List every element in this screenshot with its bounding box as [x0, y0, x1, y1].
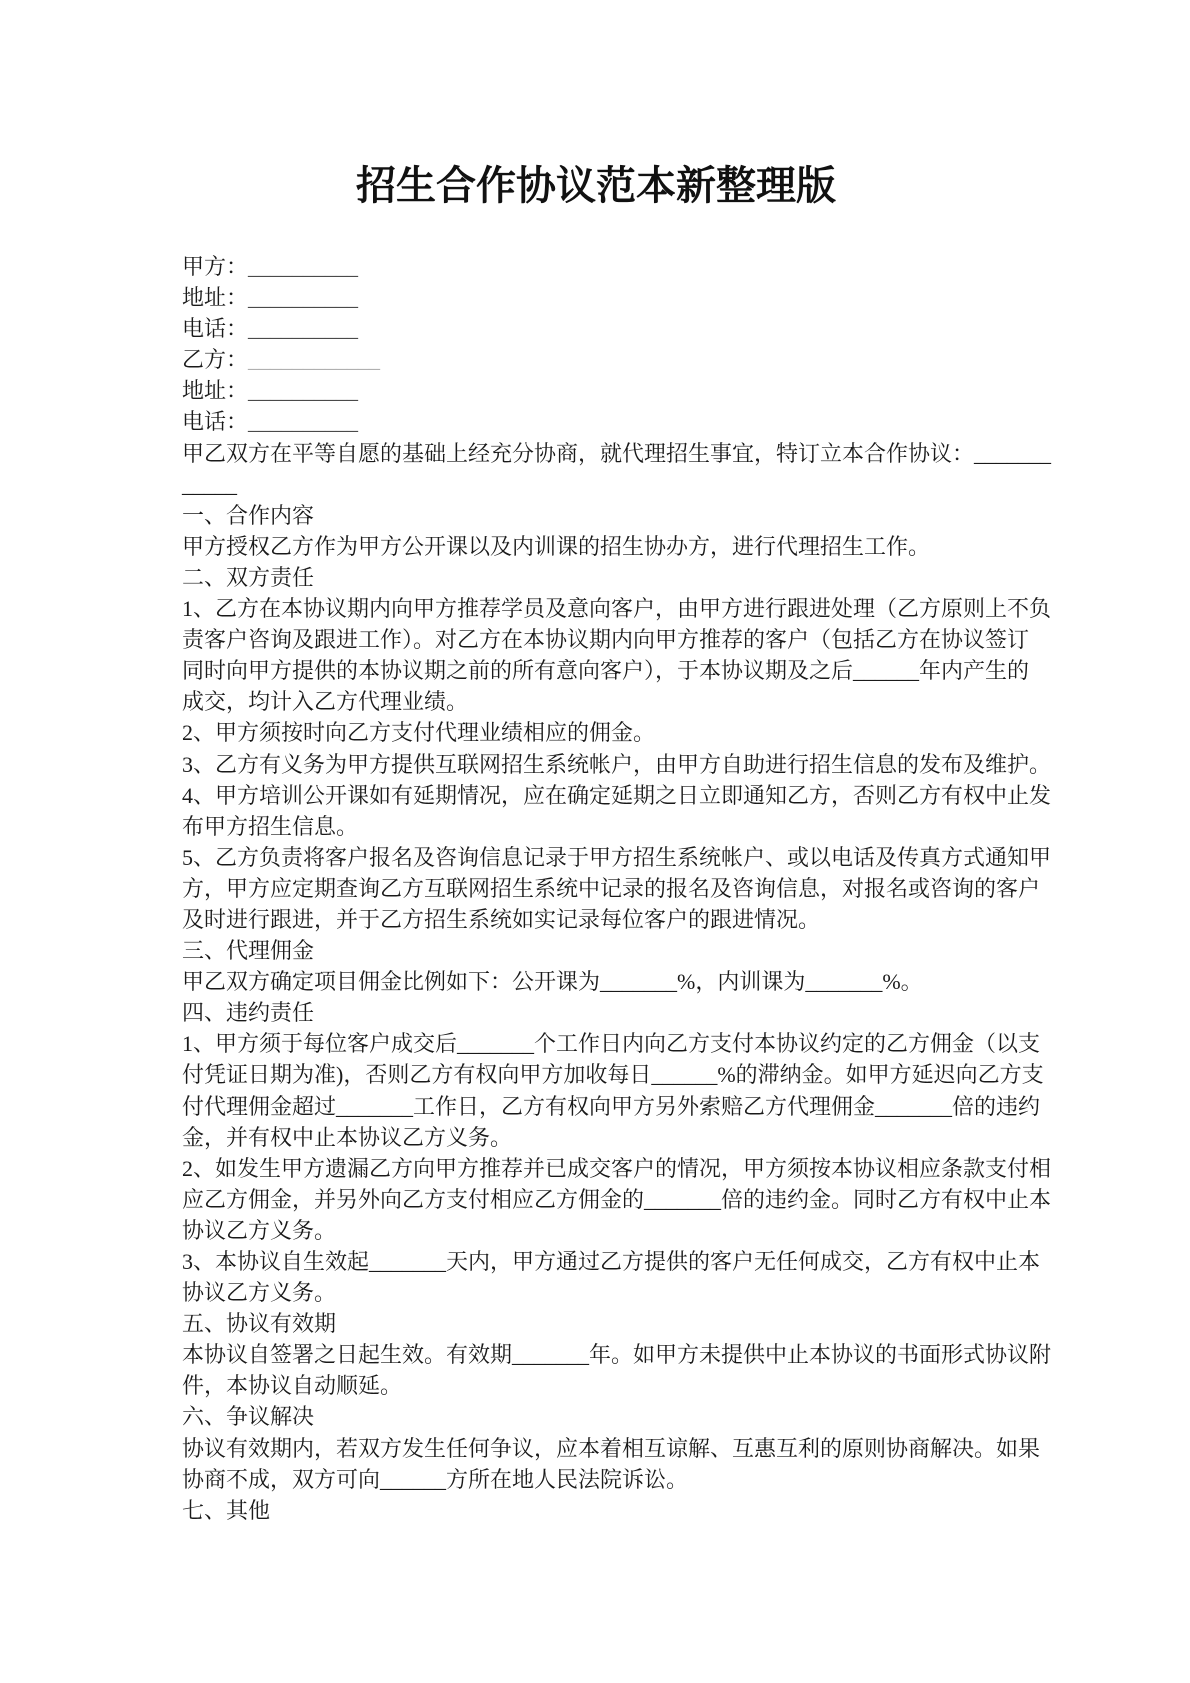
text-line: 1、甲方须于每位客户成交后_______个工作日内向乙方支付本协议约定的乙方佣金… [182, 1028, 1020, 1059]
text-line: 3、本协议自生效起_______天内，甲方通过乙方提供的客户无任何成交，乙方有权… [182, 1246, 1020, 1277]
section-heading: 三、代理佣金 [182, 935, 1020, 966]
document-page: 招生合作协议范本新整理版 甲方：__________地址：__________电… [0, 0, 1190, 1683]
text-line: 付凭证日期为准)，否则乙方有权向甲方加收每日______%的滞纳金。如甲方延迟向… [182, 1059, 1020, 1090]
field-label: 地址： [182, 378, 248, 403]
field-blank: __________ [248, 378, 358, 403]
section-heading: 一、合作内容 [182, 500, 1020, 531]
field-row: 电话：__________ [182, 313, 1020, 344]
section-heading: 六、争议解决 [182, 1401, 1020, 1432]
text-line: 2、如发生甲方遗漏乙方向甲方推荐并已成交客户的情况，甲方须按本协议相应条款支付相 [182, 1153, 1020, 1184]
text-line: 同时向甲方提供的本协议期之前的所有意向客户），于本协议期及之后______年内产… [182, 655, 1020, 686]
field-label: 乙方： [182, 347, 248, 372]
text-line: 布甲方招生信息。 [182, 811, 1020, 842]
field-row: 地址：__________ [182, 375, 1020, 406]
section-heading: 七、其他 [182, 1495, 1020, 1526]
text-line: 协商不成，双方可向______方所在地人民法院诉讼。 [182, 1464, 1020, 1495]
text-line: 1、乙方在本协议期内向甲方推荐学员及意向客户，由甲方进行跟进处理（乙方原则上不负 [182, 593, 1020, 624]
text-line: 5、乙方负责将客户报名及咨询信息记录于甲方招生系统帐户、或以电话及传真方式通知甲 [182, 842, 1020, 873]
section-heading: 五、协议有效期 [182, 1308, 1020, 1339]
field-row: 电话：__________ [182, 406, 1020, 437]
field-row: 甲方：__________ [182, 251, 1020, 282]
text-line: 成交，均计入乙方代理业绩。 [182, 686, 1020, 717]
body-lines: 甲乙双方在平等自愿的基础上经充分协商，就代理招生事宜，特订立本合作协议：____… [182, 438, 1020, 1526]
text-line: 甲乙双方在平等自愿的基础上经充分协商，就代理招生事宜，特订立本合作协议：____… [182, 438, 1020, 469]
field-blank: __________ [248, 285, 358, 310]
text-line: 应乙方佣金，并另外向乙方支付相应乙方佣金的_______倍的违约金。同时乙方有权… [182, 1184, 1020, 1215]
field-row: 地址：__________ [182, 282, 1020, 313]
field-label: 地址： [182, 285, 248, 310]
text-line: 甲方授权乙方作为甲方公开课以及内训课的招生协办方，进行代理招生工作。 [182, 531, 1020, 562]
field-row: 乙方：____________ [182, 344, 1020, 375]
text-line: 协议乙方义务。 [182, 1277, 1020, 1308]
field-blank: ____________ [248, 347, 380, 372]
text-line: 甲乙双方确定项目佣金比例如下：公开课为_______%，内训课为_______%… [182, 966, 1020, 997]
field-label: 电话： [182, 316, 248, 341]
text-line: 协议有效期内，若双方发生任何争议，应本着相互谅解、互惠互利的原则协商解决。如果 [182, 1433, 1020, 1464]
text-line: 付代理佣金超过_______工作日，乙方有权向甲方另外索赔乙方代理佣金_____… [182, 1091, 1020, 1122]
text-line: 协议乙方义务。 [182, 1215, 1020, 1246]
text-line: 4、甲方培训公开课如有延期情况，应在确定延期之日立即通知乙方，否则乙方有权中止发 [182, 780, 1020, 811]
document-title: 招生合作协议范本新整理版 [182, 160, 1010, 212]
text-line: 件，本协议自动顺延。 [182, 1370, 1020, 1401]
text-line: 方，甲方应定期查询乙方互联网招生系统中记录的报名及咨询信息，对报名或咨询的客户 [182, 873, 1020, 904]
field-blank: __________ [248, 409, 358, 434]
section-heading: 四、违约责任 [182, 997, 1020, 1028]
field-label: 电话： [182, 409, 248, 434]
field-blank: __________ [248, 254, 358, 279]
text-line: 本协议自签署之日起生效。有效期_______年。如甲方未提供中止本协议的书面形式… [182, 1339, 1020, 1370]
text-line: 2、甲方须按时向乙方支付代理业绩相应的佣金。 [182, 717, 1020, 748]
document-body: 甲方：__________地址：__________电话：__________乙… [182, 251, 1020, 1526]
text-line: 金，并有权中止本协议乙方义务。 [182, 1122, 1020, 1153]
party-fields: 甲方：__________地址：__________电话：__________乙… [182, 251, 1020, 438]
text-line: _____ [182, 469, 1020, 500]
text-line: 及时进行跟进，并于乙方招生系统如实记录每位客户的跟进情况。 [182, 904, 1020, 935]
field-blank: __________ [248, 316, 358, 341]
text-line: 3、乙方有义务为甲方提供互联网招生系统帐户，由甲方自助进行招生信息的发布及维护。 [182, 749, 1020, 780]
text-line: 责客户咨询及跟进工作）。对乙方在本协议期内向甲方推荐的客户（包括乙方在协议签订 [182, 624, 1020, 655]
field-label: 甲方： [182, 254, 248, 279]
section-heading: 二、双方责任 [182, 562, 1020, 593]
